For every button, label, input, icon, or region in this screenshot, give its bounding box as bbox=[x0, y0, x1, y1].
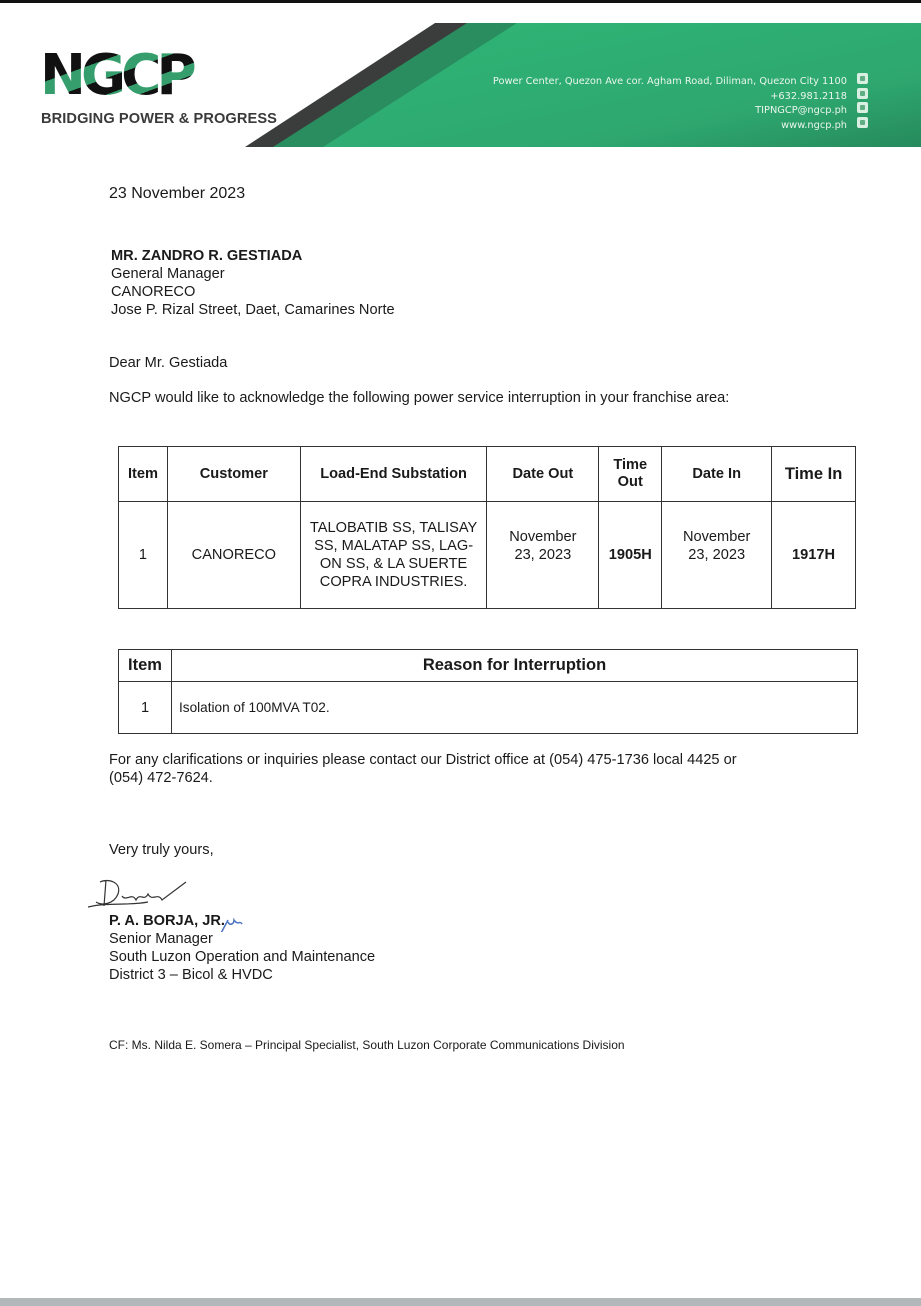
header-date-in: Date In bbox=[662, 447, 772, 502]
signer-title: Senior Manager bbox=[109, 930, 375, 948]
bottom-edge-bar bbox=[0, 1298, 921, 1306]
signer-name: P. A. BORJA, JR. bbox=[109, 912, 375, 930]
contact-line-2: (054) 472-7624. bbox=[109, 769, 737, 787]
cell-item: 1 bbox=[119, 682, 172, 734]
cell-time-in: 1917H bbox=[772, 502, 856, 609]
header-item: Item bbox=[119, 650, 172, 682]
signer-name-text: P. A. BORJA, bbox=[109, 913, 198, 929]
cell-reason: Isolation of 100MVA T02. bbox=[172, 682, 858, 734]
top-edge-bar bbox=[0, 0, 921, 3]
recipient-company: CANORECO bbox=[111, 283, 395, 301]
cell-item: 1 bbox=[119, 502, 168, 609]
cell-substation-text: TALOBATIB SS, TALISAY SS, MALATAP SS, LA… bbox=[301, 519, 487, 591]
office-phone: +632.981.2118 bbox=[493, 90, 847, 105]
signature-block: P. A. BORJA, JR. Senior Manager South Lu… bbox=[109, 912, 375, 984]
interruption-table-header: Item Customer Load-End Substation Date O… bbox=[119, 447, 856, 502]
ngcp-logo: NGCP bbox=[40, 48, 210, 104]
header-customer: Customer bbox=[167, 447, 300, 502]
recipient-name: MR. ZANDRO R. GESTIADA bbox=[111, 247, 395, 265]
logo-tagline: BRIDGING POWER & PROGRESS bbox=[41, 110, 277, 128]
contact-icons bbox=[857, 73, 869, 131]
office-address: Power Center, Quezon Ave cor. Agham Road… bbox=[493, 75, 847, 90]
interruption-table: Item Customer Load-End Substation Date O… bbox=[118, 446, 856, 609]
recipient-address: Jose P. Rizal Street, Daet, Camarines No… bbox=[111, 301, 395, 319]
web-icon bbox=[857, 117, 868, 128]
cell-customer: CANORECO bbox=[167, 502, 300, 609]
letter-date: 23 November 2023 bbox=[109, 185, 245, 203]
email-icon bbox=[857, 102, 868, 113]
cell-time-out: 1905H bbox=[599, 502, 662, 609]
signer-district: District 3 – Bicol & HVDC bbox=[109, 966, 375, 984]
header-reason: Reason for Interruption bbox=[172, 650, 858, 682]
phone-icon bbox=[857, 88, 868, 99]
closing: Very truly yours, bbox=[109, 841, 214, 859]
contact-paragraph: For any clarifications or inquiries plea… bbox=[109, 751, 737, 787]
recipient-address-block: MR. ZANDRO R. GESTIADA General Manager C… bbox=[111, 247, 395, 319]
header-item: Item bbox=[119, 447, 168, 502]
table-row: 1 Isolation of 100MVA T02. bbox=[119, 682, 858, 734]
recipient-title: General Manager bbox=[111, 265, 395, 283]
reason-table-header: Item Reason for Interruption bbox=[119, 650, 858, 682]
header-time-in: Time In bbox=[772, 447, 856, 502]
cell-date-in-text: November 23, 2023 bbox=[677, 528, 757, 564]
reason-table: Item Reason for Interruption 1 Isolation… bbox=[118, 649, 858, 734]
office-website[interactable]: www.ngcp.ph bbox=[493, 119, 847, 134]
cell-date-out: November 23, 2023 bbox=[487, 502, 599, 609]
cell-date-out-text: November 23, 2023 bbox=[503, 528, 583, 564]
logo-wordmark: NGCP bbox=[40, 48, 192, 104]
carbon-copy-line: CF: Ms. Nilda E. Somera – Principal Spec… bbox=[109, 1036, 625, 1054]
cell-date-in: November 23, 2023 bbox=[662, 502, 772, 609]
contact-line-1: For any clarifications or inquiries plea… bbox=[109, 751, 737, 769]
cell-substation: TALOBATIB SS, TALISAY SS, MALATAP SS, LA… bbox=[300, 502, 487, 609]
signer-department: South Luzon Operation and Maintenance bbox=[109, 948, 375, 966]
header-time-out: Time Out bbox=[599, 447, 662, 502]
location-icon bbox=[857, 73, 868, 84]
signer-suffix: JR. bbox=[202, 913, 225, 929]
intro-paragraph: NGCP would like to acknowledge the follo… bbox=[109, 389, 729, 407]
office-email[interactable]: TIPNGCP@ngcp.ph bbox=[493, 104, 847, 119]
table-row: 1 CANORECO TALOBATIB SS, TALISAY SS, MAL… bbox=[119, 502, 856, 609]
salutation: Dear Mr. Gestiada bbox=[109, 354, 227, 372]
header-time-out-text: Time Out bbox=[610, 457, 650, 491]
header-substation: Load-End Substation bbox=[300, 447, 487, 502]
letterhead-contact: Power Center, Quezon Ave cor. Agham Road… bbox=[493, 75, 847, 133]
header-date-out: Date Out bbox=[487, 447, 599, 502]
